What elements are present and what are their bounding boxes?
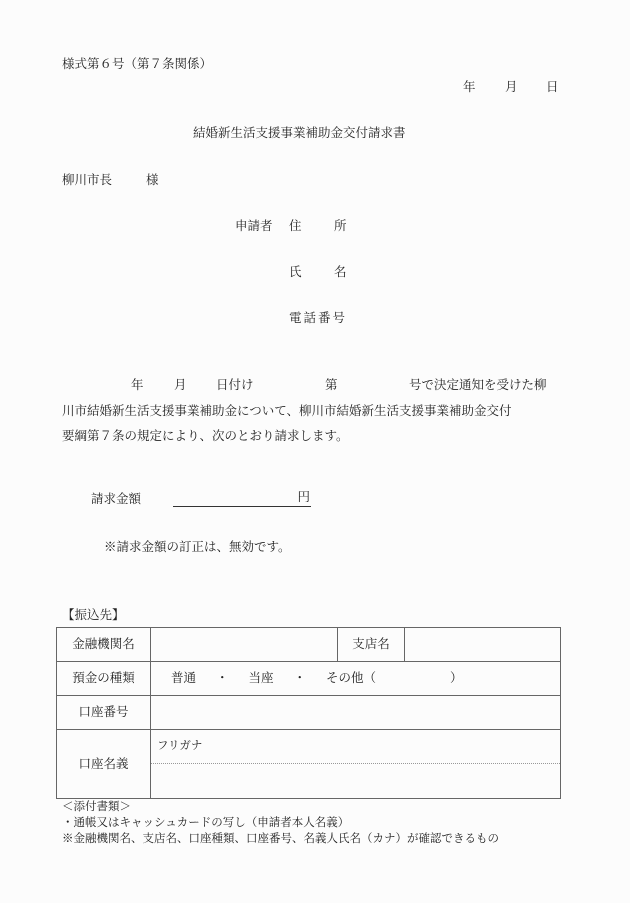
option-other-close: ） [450, 672, 463, 685]
option-current[interactable]: 当座 [249, 672, 274, 685]
attachments-heading: ＜添付書類＞ [62, 801, 131, 813]
addressee-name: 柳川市長 [62, 174, 112, 187]
furigana-label: フリガナ [157, 740, 202, 752]
branch-field[interactable] [405, 628, 561, 662]
account-number-label: 口座番号 [57, 696, 151, 730]
separator-dot: ・ [216, 672, 229, 685]
body-line1-rest: 号で決定通知を受けた柳 [409, 379, 547, 392]
attachment-item: ・通帳又はキャッシュカードの写し（申請者本人名義） [62, 817, 349, 829]
attachment-note: ※金融機関名、支店名、口座種類、口座番号、名義人氏名（カナ）が確認できるもの [62, 833, 499, 845]
body-month: 月 [174, 379, 187, 392]
date-month-label: 月 [505, 81, 518, 94]
bank-name-field[interactable] [151, 628, 338, 662]
option-other[interactable]: その他（ [326, 672, 376, 685]
name-label-a: 氏 [289, 266, 302, 279]
request-amount-note: ※請求金額の訂正は、無効です。 [104, 541, 291, 554]
bank-transfer-table: 金融機関名 支店名 預金の種類 普通 ・ 当座 ・ その他（ ） 口座番号 口座… [56, 627, 561, 799]
bank-name-label: 金融機関名 [57, 628, 151, 662]
body-line2: 川市結婚新生活支援事業補助金について、柳川市結婚新生活支援事業補助金交付 [62, 405, 512, 418]
form-number: 様式第６号（第７条関係） [62, 58, 212, 71]
account-holder-field[interactable]: フリガナ [151, 730, 561, 799]
addressee-honorific: 様 [146, 174, 159, 187]
table-row-account-number: 口座番号 [57, 696, 561, 730]
phone-label: 電話番号 [289, 312, 347, 325]
deposit-type-label: 預金の種類 [57, 662, 151, 696]
document-title: 結婚新生活支援事業補助金交付請求書 [193, 127, 406, 140]
branch-label: 支店名 [338, 628, 405, 662]
address-label-a: 住 [289, 220, 302, 233]
applicant-label: 申請者 [235, 220, 273, 233]
address-label-b: 所 [334, 220, 347, 233]
table-row-bank-name: 金融機関名 支店名 [57, 628, 561, 662]
deposit-type-field[interactable]: 普通 ・ 当座 ・ その他（ ） [151, 662, 561, 696]
body-line3: 要綱第７条の規定により、次のとおり請求します。 [62, 430, 349, 443]
body-year: 年 [131, 379, 144, 392]
option-ordinary[interactable]: 普通 [171, 672, 196, 685]
request-amount-label: 請求金額 [91, 493, 141, 506]
separator-dot: ・ [294, 672, 307, 685]
date-year-label: 年 [463, 81, 476, 94]
yen-unit: 円 [297, 491, 310, 504]
name-label-b: 名 [334, 266, 347, 279]
table-row-deposit-type: 預金の種類 普通 ・ 当座 ・ その他（ ） [57, 662, 561, 696]
request-amount-field[interactable]: 円 [173, 491, 311, 507]
body-day-dated: 日付け [216, 379, 254, 392]
date-day-label: 日 [546, 81, 559, 94]
account-number-field[interactable] [151, 696, 561, 730]
furigana-divider [151, 763, 560, 764]
account-holder-label: 口座名義 [57, 730, 151, 799]
transfer-heading: 【振込先】 [62, 609, 125, 622]
table-row-account-holder: 口座名義 フリガナ [57, 730, 561, 799]
body-dai: 第 [325, 379, 338, 392]
